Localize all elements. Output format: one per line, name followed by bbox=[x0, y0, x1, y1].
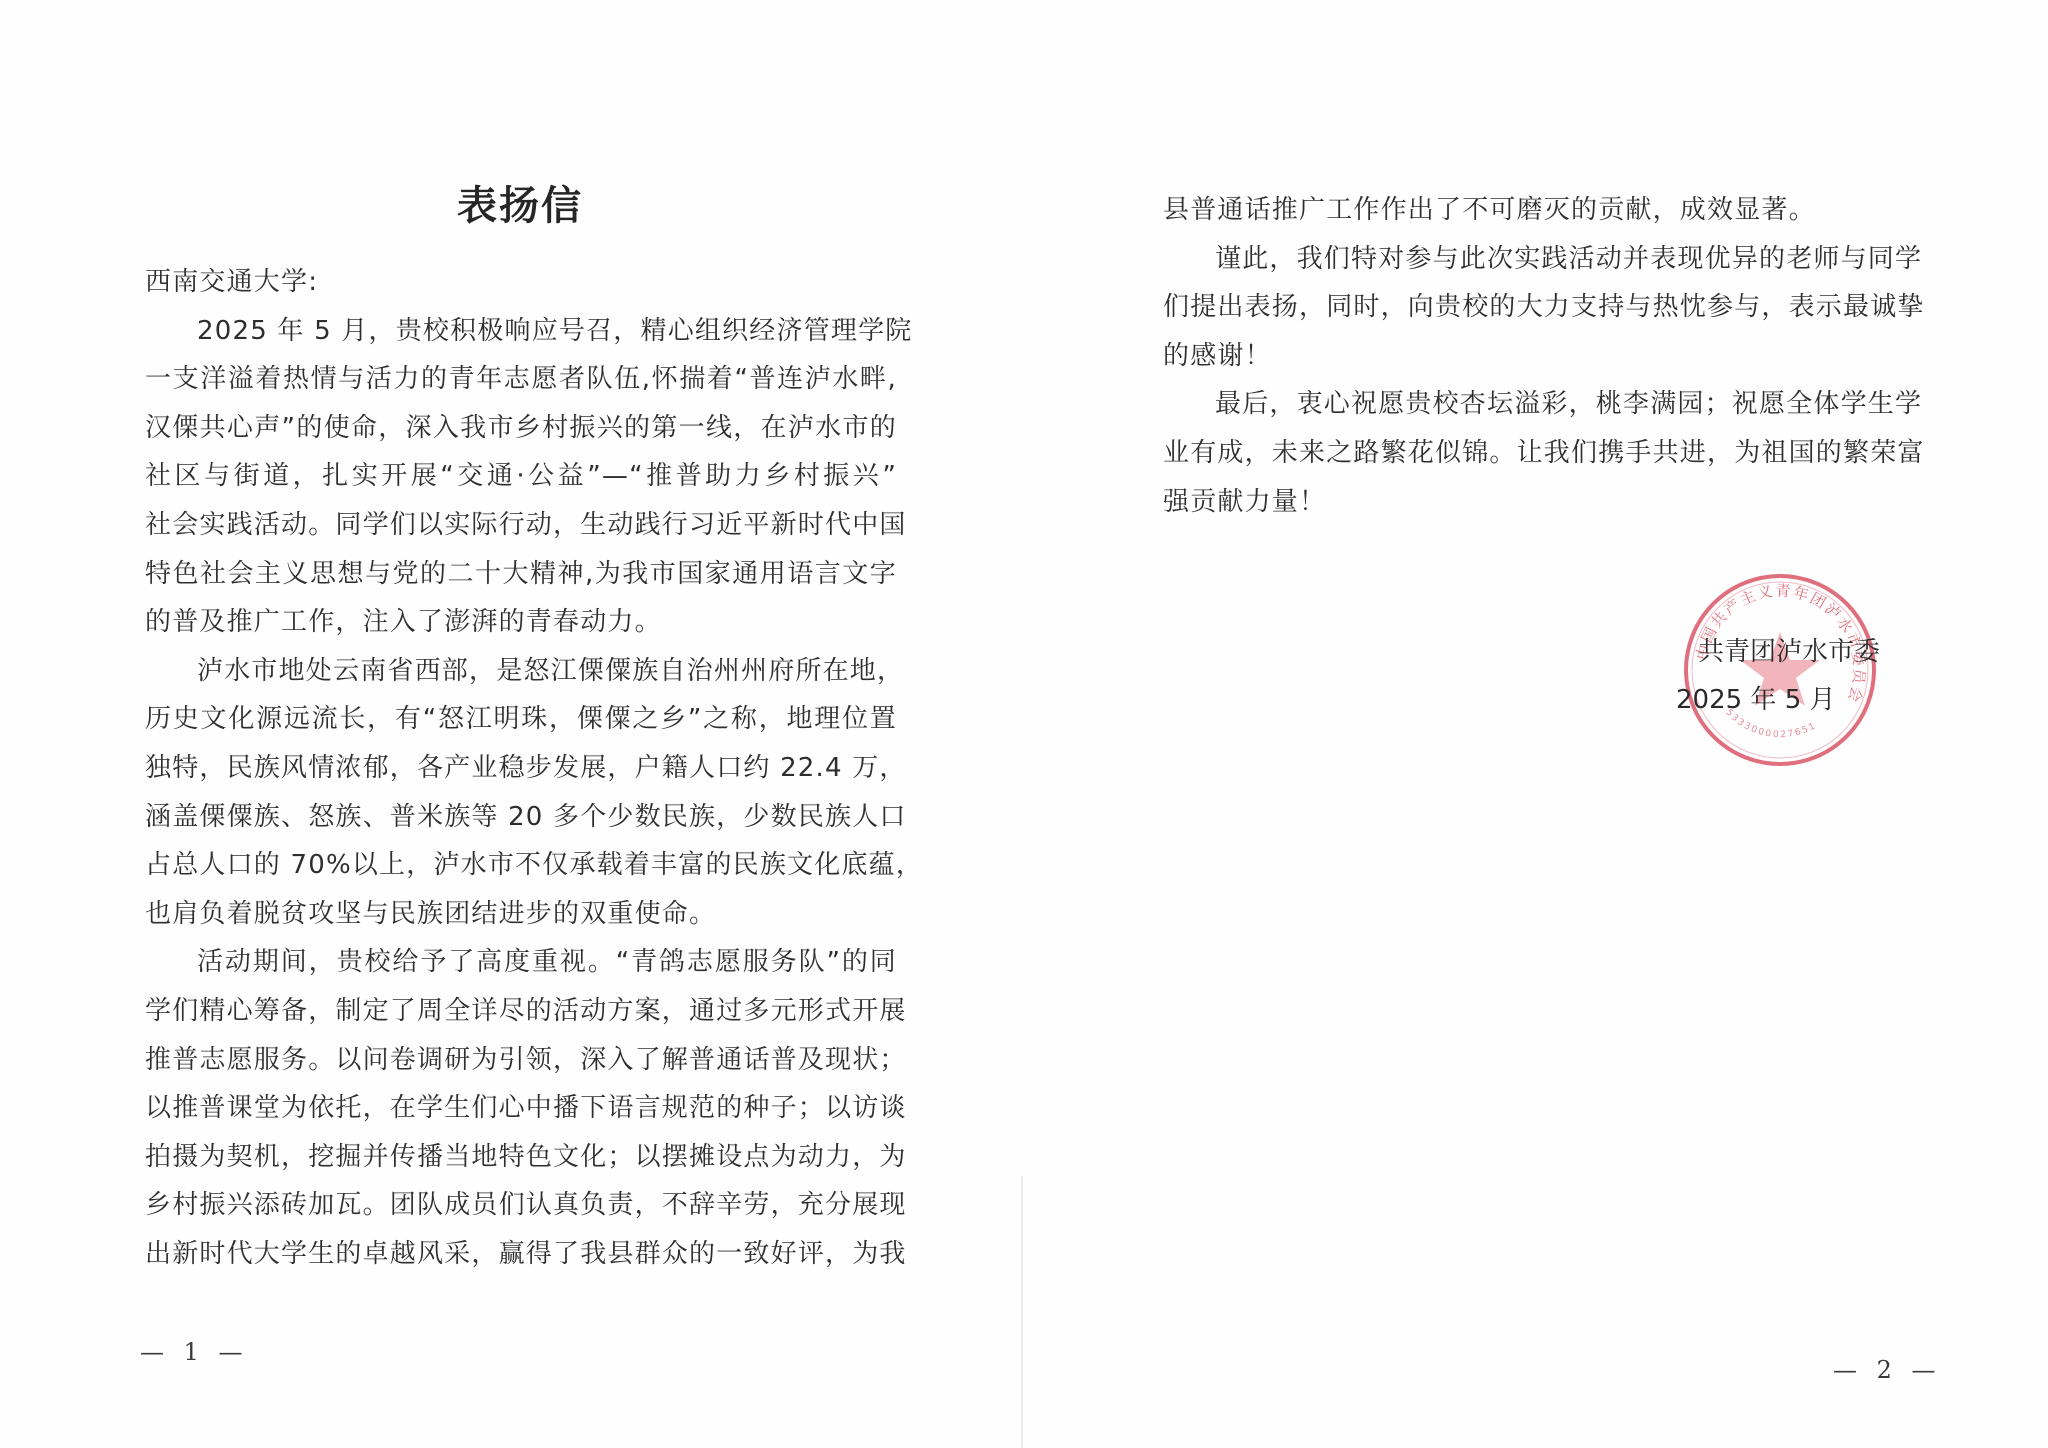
page-1-text-line: 社区与街道，扎实开展“交通·公益”—“推普助力乡村振兴” bbox=[145, 452, 897, 501]
page-1-body: 西南交通大学: 2025 年 5 月，贵校积极响应号召，精心组织经济管理学院一支… bbox=[145, 258, 897, 1278]
page-2-text-line: 谨此，我们特对参与此次实践活动并表现优异的老师与同学 bbox=[1163, 235, 1915, 284]
page-2-text-line: 业有成，未来之路繁花似锦。让我们携手共进，为祖国的繁荣富 bbox=[1163, 429, 1915, 478]
page-2-body: 县普通话推广工作作出了不可磨灭的贡献，成效显著。谨此，我们特对参与此次实践活动并… bbox=[1163, 186, 1915, 526]
signature-organization: 共青团泸水市委 bbox=[1672, 628, 1892, 676]
document-title: 表扬信 bbox=[0, 174, 1040, 231]
page-1-text-line: 以推普课堂为依托，在学生们心中播下语言规范的种子；以访谈 bbox=[145, 1084, 897, 1133]
page-1-text-line: 历史文化源远流长，有“怒江明珠，傈僳之乡”之称，地理位置 bbox=[145, 695, 897, 744]
page-1-paragraphs: 2025 年 5 月，贵校积极响应号召，精心组织经济管理学院一支洋溢着热情与活力… bbox=[145, 307, 897, 1279]
page-1-text-line: 推普志愿服务。以问卷调研为引领，深入了解普通话普及现状； bbox=[145, 1036, 897, 1085]
page-1-text-line: 独特，民族风情浓郁，各产业稳步发展，户籍人口约 22.4 万， bbox=[145, 744, 897, 793]
document-spread: 表扬信 西南交通大学: 2025 年 5 月，贵校积极响应号召，精心组织经济管理… bbox=[0, 0, 2048, 1448]
page-number-1: — 1 — bbox=[140, 1338, 249, 1366]
page-1: 表扬信 西南交通大学: 2025 年 5 月，贵校积极响应号召，精心组织经济管理… bbox=[0, 0, 1020, 1448]
page-number-2: — 2 — bbox=[1833, 1356, 1942, 1384]
page-1-text-line: 拍摄为契机，挖掘并传播当地特色文化；以摆摊设点为动力，为 bbox=[145, 1133, 897, 1182]
page-1-text-line: 乡村振兴添砖加瓦。团队成员们认真负责，不辞辛劳，充分展现 bbox=[145, 1181, 897, 1230]
page-1-text-line: 特色社会主义思想与党的二十大精神,为我市国家通用语言文字 bbox=[145, 550, 897, 599]
page-1-text-line: 汉傈共心声”的使命，深入我市乡村振兴的第一线，在泸水市的 bbox=[145, 404, 897, 453]
page-2-paragraphs: 县普通话推广工作作出了不可磨灭的贡献，成效显著。谨此，我们特对参与此次实践活动并… bbox=[1163, 186, 1915, 526]
salutation: 西南交通大学: bbox=[145, 258, 897, 307]
page-1-text-line: 活动期间，贵校给予了高度重视。“青鸽志愿服务队”的同 bbox=[145, 938, 897, 987]
page-1-text-line: 也肩负着脱贫攻坚与民族团结进步的双重使命。 bbox=[145, 890, 897, 939]
page-1-text-line: 出新时代大学生的卓越风采，赢得了我县群众的一致好评，为我 bbox=[145, 1230, 897, 1279]
signature-date: 2025 年 5 月 bbox=[1672, 676, 1892, 724]
page-2-text-line: 最后，衷心祝愿贵校杏坛溢彩，桃李满园；祝愿全体学生学 bbox=[1163, 380, 1915, 429]
page-divider bbox=[1021, 1176, 1023, 1448]
page-2-text-line: 强贡献力量！ bbox=[1163, 478, 1915, 527]
page-2-text-line: 们提出表扬，同时，向贵校的大力支持与热忱参与，表示最诚挚 bbox=[1163, 283, 1915, 332]
page-1-text-line: 社会实践活动。同学们以实际行动，生动践行习近平新时代中国 bbox=[145, 501, 897, 550]
page-1-text-line: 一支洋溢着热情与活力的青年志愿者队伍,怀揣着“普连泸水畔, bbox=[145, 355, 897, 404]
page-1-text-line: 泸水市地处云南省西部，是怒江傈僳族自治州州府所在地， bbox=[145, 647, 897, 696]
signature-block: 共青团泸水市委 2025 年 5 月 bbox=[1672, 628, 1892, 724]
page-1-text-line: 占总人口的 70%以上，泸水市不仅承载着丰富的民族文化底蕴， bbox=[145, 841, 897, 890]
page-1-text-line: 涵盖傈僳族、怒族、普米族等 20 多个少数民族，少数民族人口 bbox=[145, 793, 897, 842]
page-1-text-line: 的普及推广工作，注入了澎湃的青春动力。 bbox=[145, 598, 897, 647]
page-2-text-line: 的感谢！ bbox=[1163, 332, 1915, 381]
page-1-text-line: 学们精心筹备，制定了周全详尽的活动方案，通过多元形式开展 bbox=[145, 987, 897, 1036]
page-1-text-line: 2025 年 5 月，贵校积极响应号召，精心组织经济管理学院 bbox=[145, 307, 897, 356]
page-2-text-line: 县普通话推广工作作出了不可磨灭的贡献，成效显著。 bbox=[1163, 186, 1915, 235]
